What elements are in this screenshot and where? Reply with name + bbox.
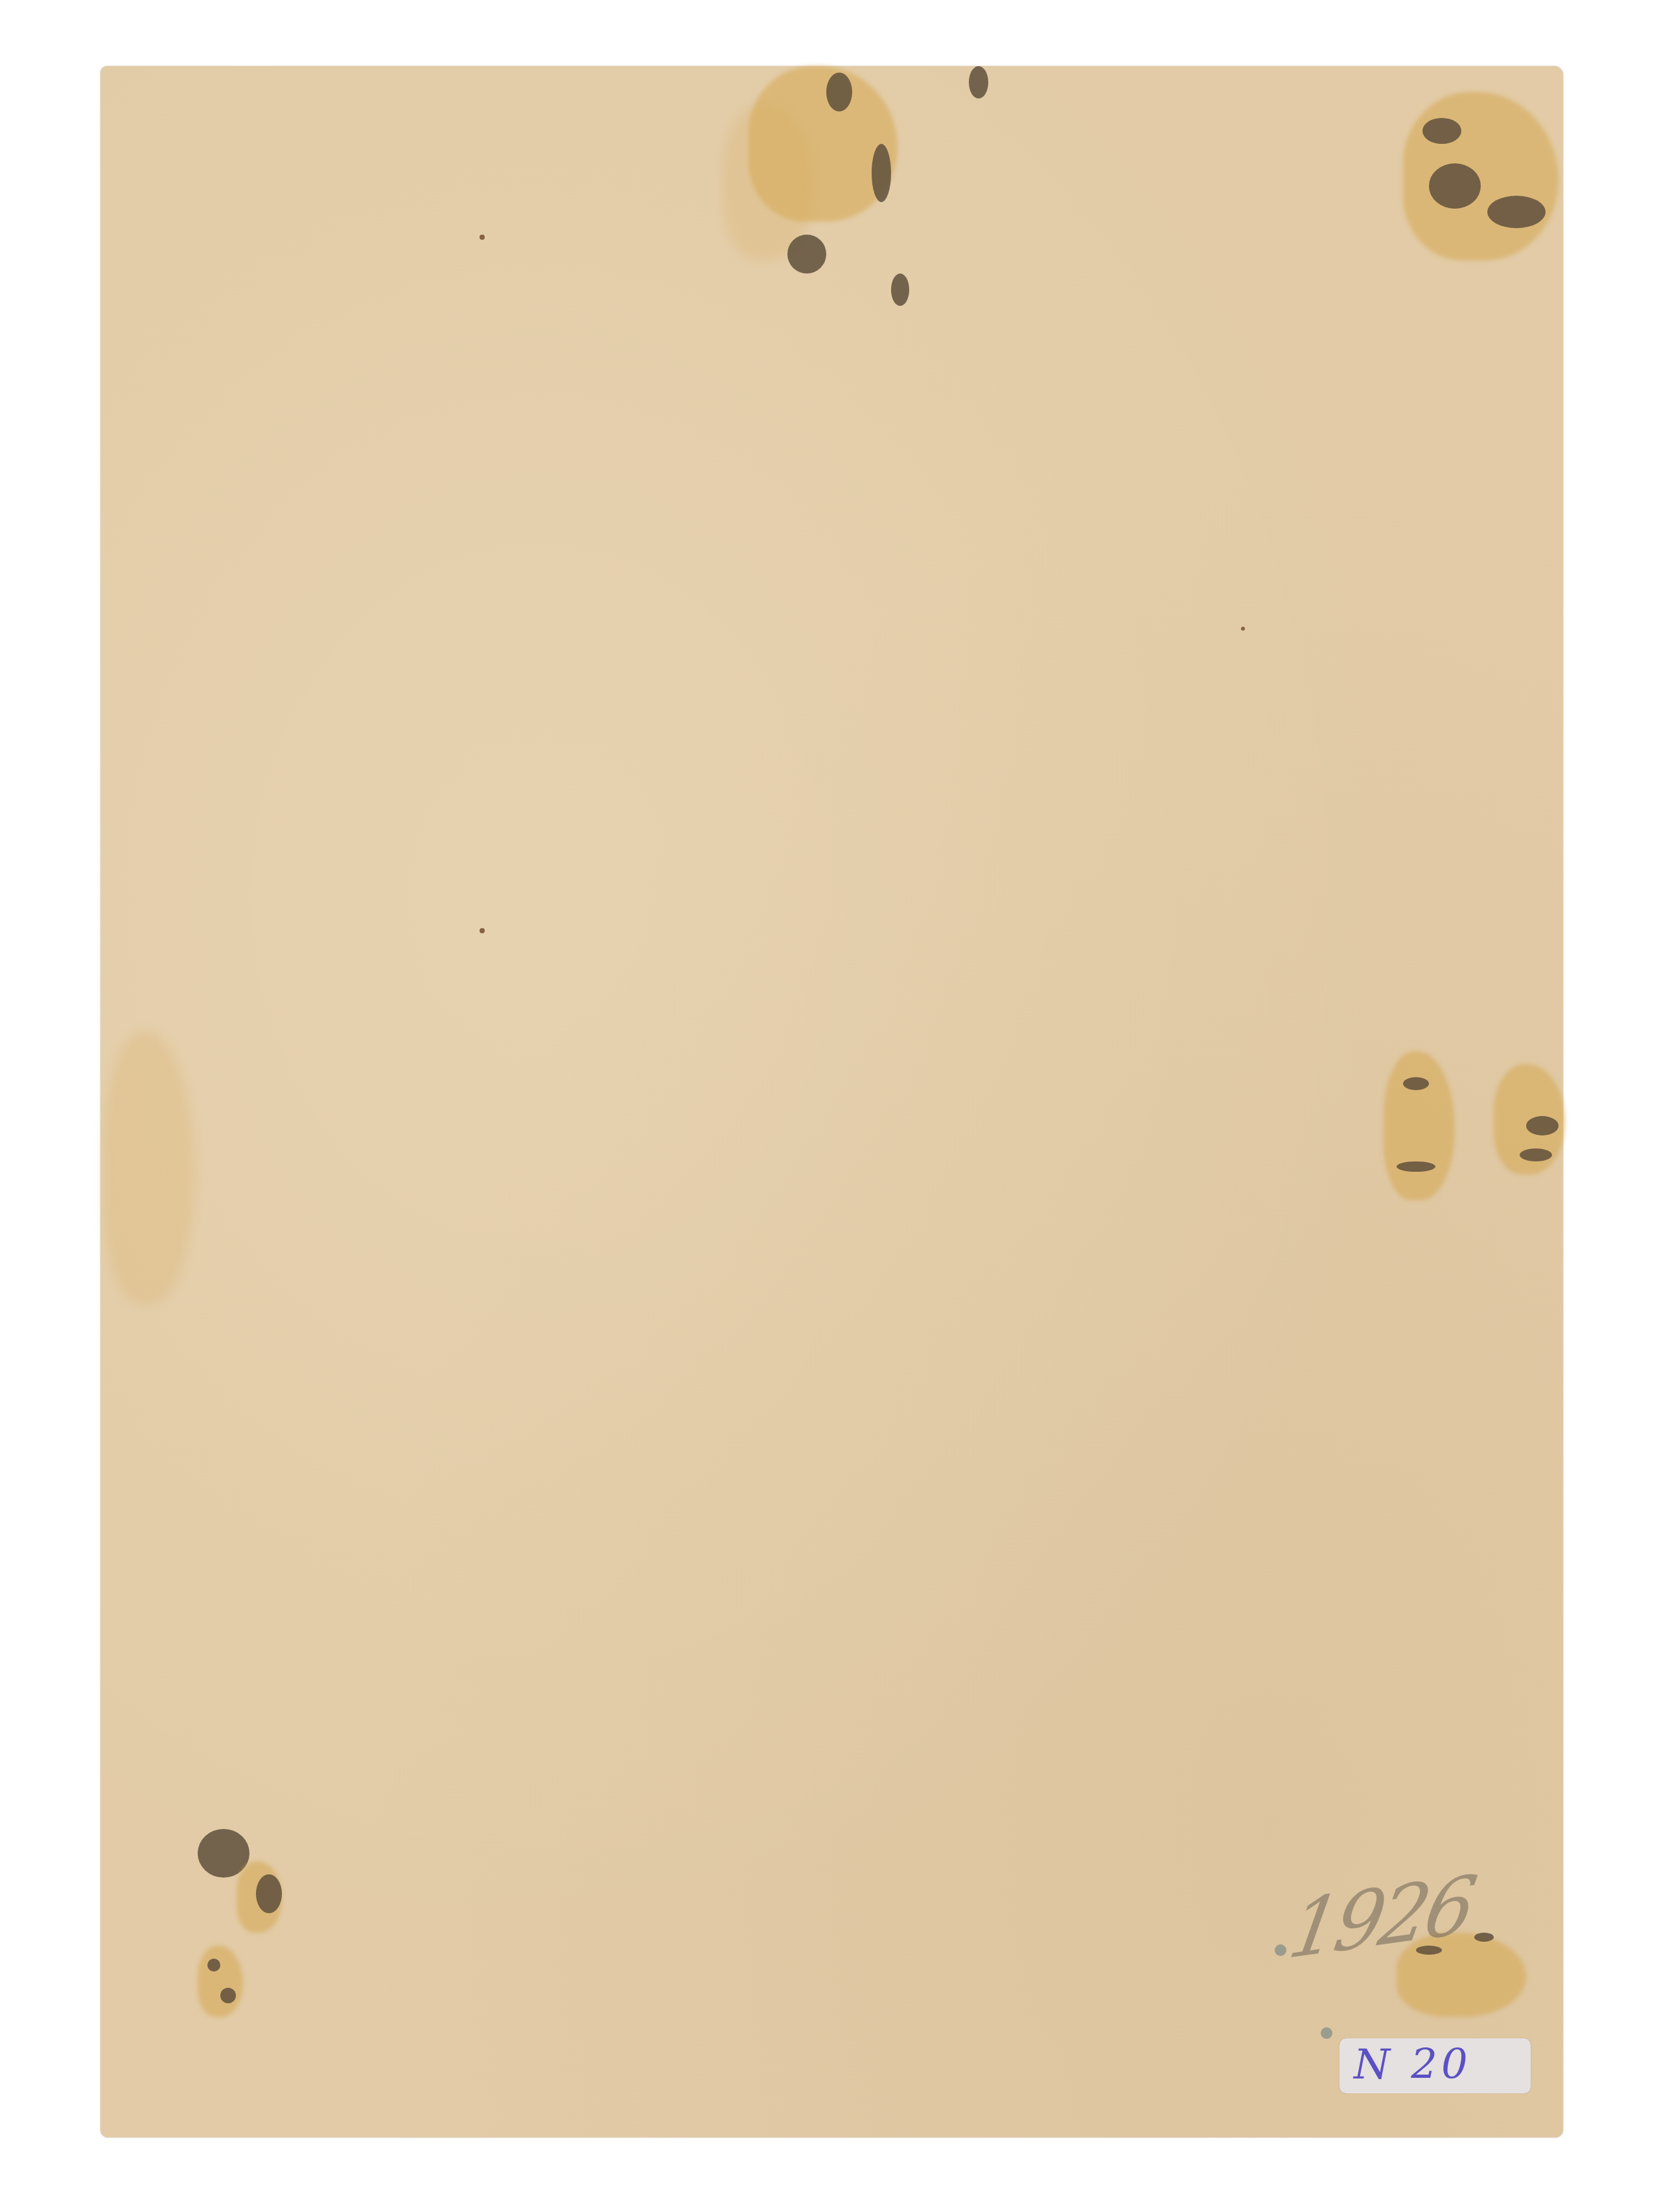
residue-spot bbox=[220, 1988, 236, 2003]
inventory-label: N 20 bbox=[1340, 2038, 1531, 2093]
residue-spot bbox=[1397, 1161, 1435, 1172]
residue-spot bbox=[826, 73, 852, 111]
paper-sheet bbox=[100, 66, 1563, 2137]
residue-spot bbox=[1474, 1933, 1494, 1942]
speck bbox=[1241, 627, 1245, 631]
residue-spot bbox=[1487, 196, 1546, 228]
residue-spot bbox=[891, 274, 909, 306]
residue-spot bbox=[787, 235, 826, 274]
grey-spot bbox=[1275, 1944, 1286, 1956]
glue-stain-right-middle-a bbox=[1384, 1051, 1455, 1200]
glue-stain-left-edge bbox=[104, 1032, 194, 1304]
residue-spot bbox=[1429, 163, 1481, 209]
grey-spot bbox=[1321, 2027, 1332, 2039]
inventory-number: N 20 bbox=[1354, 2041, 1472, 2089]
residue-spot bbox=[207, 1959, 220, 1972]
residue-spot bbox=[1526, 1116, 1559, 1135]
speck bbox=[480, 235, 485, 240]
glue-stain-bottom-left-lower bbox=[198, 1946, 243, 2017]
residue-spot bbox=[1403, 1077, 1429, 1090]
glue-stain-top-right bbox=[1403, 92, 1559, 261]
residue-spot bbox=[1520, 1148, 1552, 1161]
residue-spot bbox=[1422, 118, 1461, 144]
residue-spot bbox=[969, 66, 988, 99]
speck bbox=[480, 928, 485, 933]
residue-spot bbox=[872, 144, 891, 202]
residue-patch bbox=[256, 1874, 282, 1913]
